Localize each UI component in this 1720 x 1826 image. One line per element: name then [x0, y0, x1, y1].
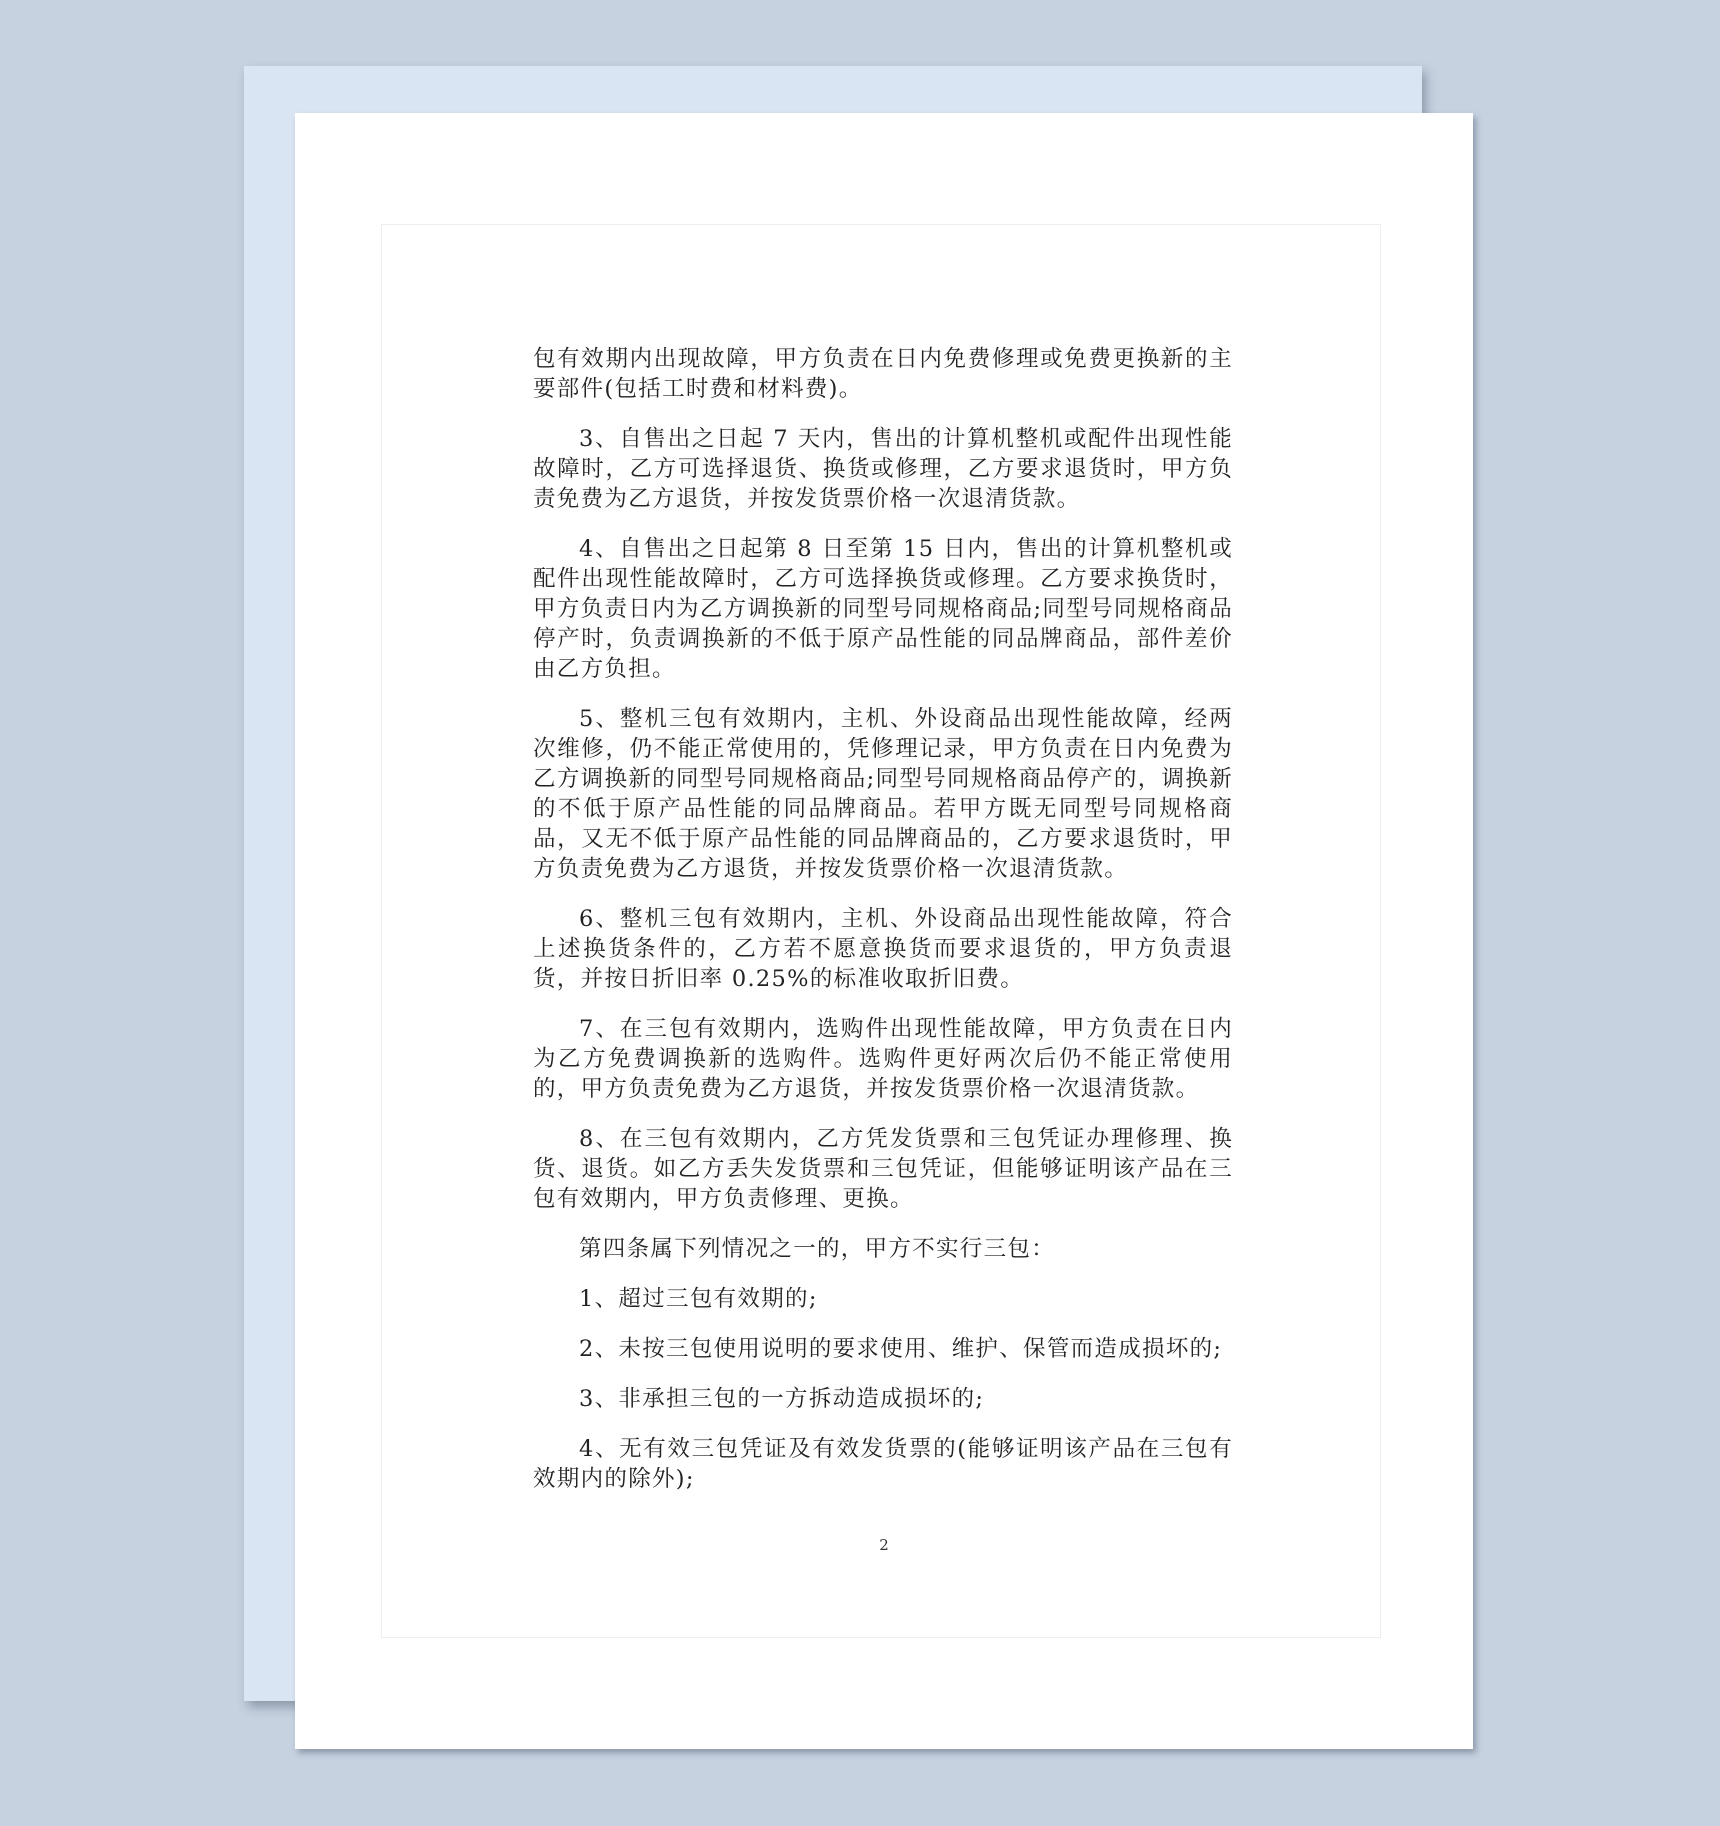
- paragraph-item-5: 5、整机三包有效期内，主机、外设商品出现性能故障，经两次维修，仍不能正常使用的，…: [533, 704, 1233, 884]
- page-number: 2: [295, 1536, 1473, 1554]
- paragraph-item-6: 6、整机三包有效期内，主机、外设商品出现性能故障，符合上述换货条件的，乙方若不愿…: [533, 904, 1233, 994]
- exclusion-item-4: 4、无有效三包凭证及有效发货票的(能够证明该产品在三包有效期内的除外);: [533, 1434, 1233, 1494]
- front-page-sheet: 包有效期内出现故障，甲方负责在日内免费修理或免费更换新的主要部件(包括工时费和材…: [295, 113, 1473, 1749]
- paragraph-item-3: 3、自售出之日起 7 天内，售出的计算机整机或配件出现性能故障时，乙方可选择退货…: [533, 424, 1233, 514]
- paragraph-item-4: 4、自售出之日起第 8 日至第 15 日内，售出的计算机整机或配件出现性能故障时…: [533, 534, 1233, 684]
- exclusion-item-2: 2、未按三包使用说明的要求使用、维护、保管而造成损坏的;: [533, 1334, 1233, 1364]
- paragraph-item-7: 7、在三包有效期内，选购件出现性能故障，甲方负责在日内为乙方免费调换新的选购件。…: [533, 1014, 1233, 1104]
- paragraph-continuation: 包有效期内出现故障，甲方负责在日内免费修理或免费更换新的主要部件(包括工时费和材…: [533, 344, 1233, 404]
- document-body: 包有效期内出现故障，甲方负责在日内免费修理或免费更换新的主要部件(包括工时费和材…: [533, 344, 1233, 1514]
- exclusion-item-3: 3、非承担三包的一方拆动造成损坏的;: [533, 1384, 1233, 1414]
- article-4-heading: 第四条属下列情况之一的，甲方不实行三包：: [533, 1234, 1233, 1264]
- paragraph-item-8: 8、在三包有效期内，乙方凭发货票和三包凭证办理修理、换货、退货。如乙方丢失发货票…: [533, 1124, 1233, 1214]
- exclusion-item-1: 1、超过三包有效期的;: [533, 1284, 1233, 1314]
